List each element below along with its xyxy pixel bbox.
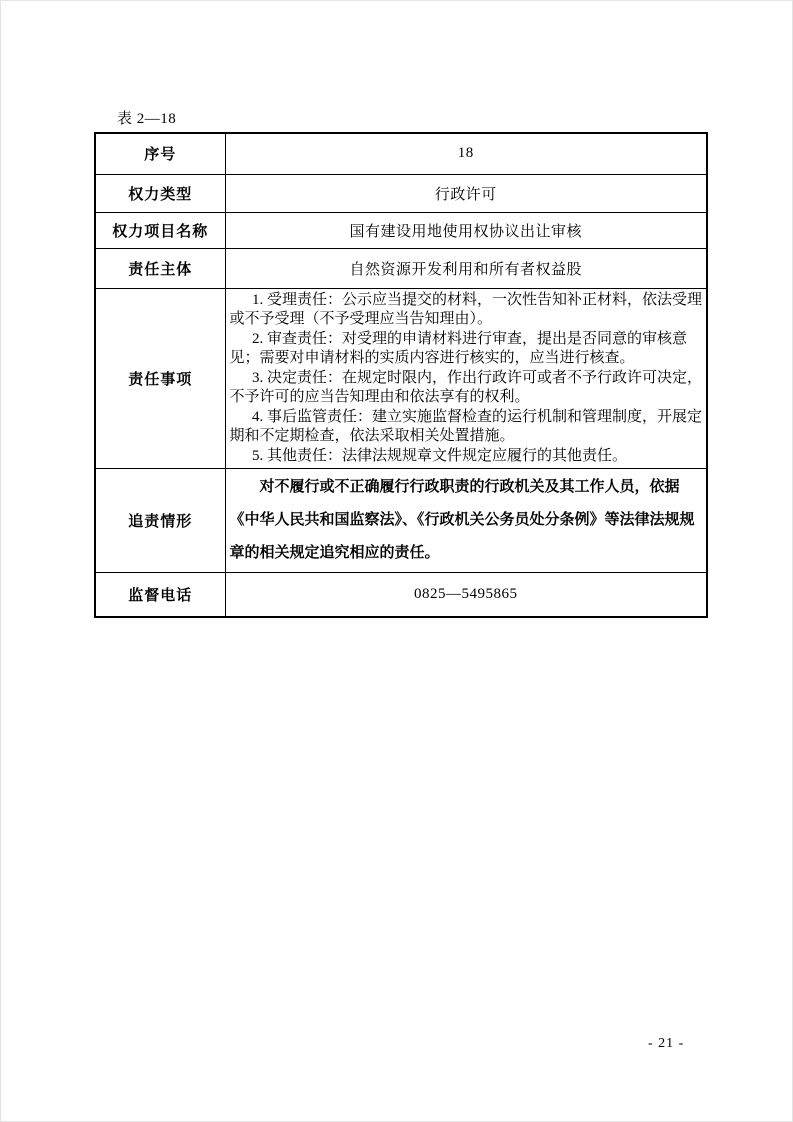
row-value-responsibility-items: 1. 受理责任：公示应当提交的材料，一次性告知补正材料，依法受理或不予受理（不予… xyxy=(225,288,707,469)
row-label-power-type: 权力类型 xyxy=(95,174,225,212)
row-value-accountability: 对不履行或不正确履行行政职责的行政机关及其工作人员，依据《中华人民共和国监察法》… xyxy=(225,469,707,573)
row-label-supervision-phone: 监督电话 xyxy=(95,573,225,617)
document-page: 表 2—18 序号 18 权力类型 行政许可 权力项目名称 国有建设用地使用权协… xyxy=(0,0,793,1122)
responsibility-table: 序号 18 权力类型 行政许可 权力项目名称 国有建设用地使用权协议出让审核 责… xyxy=(94,132,708,618)
table-row-power-type: 权力类型 行政许可 xyxy=(95,174,707,212)
page-number: - 21 - xyxy=(648,1036,684,1052)
row-value-supervision-phone: 0825—5495865 xyxy=(225,573,707,617)
duty-item-3: 3. 决定责任：在规定时限内，作出行政许可或者不予行政许可决定，不予许可的应当告… xyxy=(230,369,703,408)
table-row-responsible-entity: 责任主体 自然资源开发利用和所有者权益股 xyxy=(95,248,707,288)
duty-item-5: 5. 其他责任：法律法规规章文件规定应履行的其他责任。 xyxy=(230,447,703,467)
duty-item-4: 4. 事后监管责任：建立实施监督检查的运行机制和管理制度，开展定期和不定期检查，… xyxy=(230,408,703,447)
row-value-serial-number: 18 xyxy=(225,133,707,174)
table-row-serial-number: 序号 18 xyxy=(95,133,707,174)
row-value-power-type: 行政许可 xyxy=(225,174,707,212)
table-row-accountability: 追责情形 对不履行或不正确履行行政职责的行政机关及其工作人员，依据《中华人民共和… xyxy=(95,469,707,573)
row-label-accountability: 追责情形 xyxy=(95,469,225,573)
table-row-responsibility-items: 责任事项 1. 受理责任：公示应当提交的材料，一次性告知补正材料，依法受理或不予… xyxy=(95,288,707,469)
row-value-responsible-entity: 自然资源开发利用和所有者权益股 xyxy=(225,248,707,288)
row-label-power-item-name: 权力项目名称 xyxy=(95,212,225,248)
table-caption: 表 2—18 xyxy=(117,107,176,128)
duty-item-1: 1. 受理责任：公示应当提交的材料，一次性告知补正材料，依法受理或不予受理（不予… xyxy=(230,291,703,330)
row-value-power-item-name: 国有建设用地使用权协议出让审核 xyxy=(225,212,707,248)
accountability-text: 对不履行或不正确履行行政职责的行政机关及其工作人员，依据《中华人民共和国监察法》… xyxy=(230,471,703,570)
duty-item-2: 2. 审查责任：对受理的申请材料进行审查，提出是否同意的审核意见；需要对申请材料… xyxy=(230,330,703,369)
row-label-responsible-entity: 责任主体 xyxy=(95,248,225,288)
row-label-responsibility-items: 责任事项 xyxy=(95,288,225,469)
table-row-power-item-name: 权力项目名称 国有建设用地使用权协议出让审核 xyxy=(95,212,707,248)
table-row-supervision-phone: 监督电话 0825—5495865 xyxy=(95,573,707,617)
row-label-serial-number: 序号 xyxy=(95,133,225,174)
